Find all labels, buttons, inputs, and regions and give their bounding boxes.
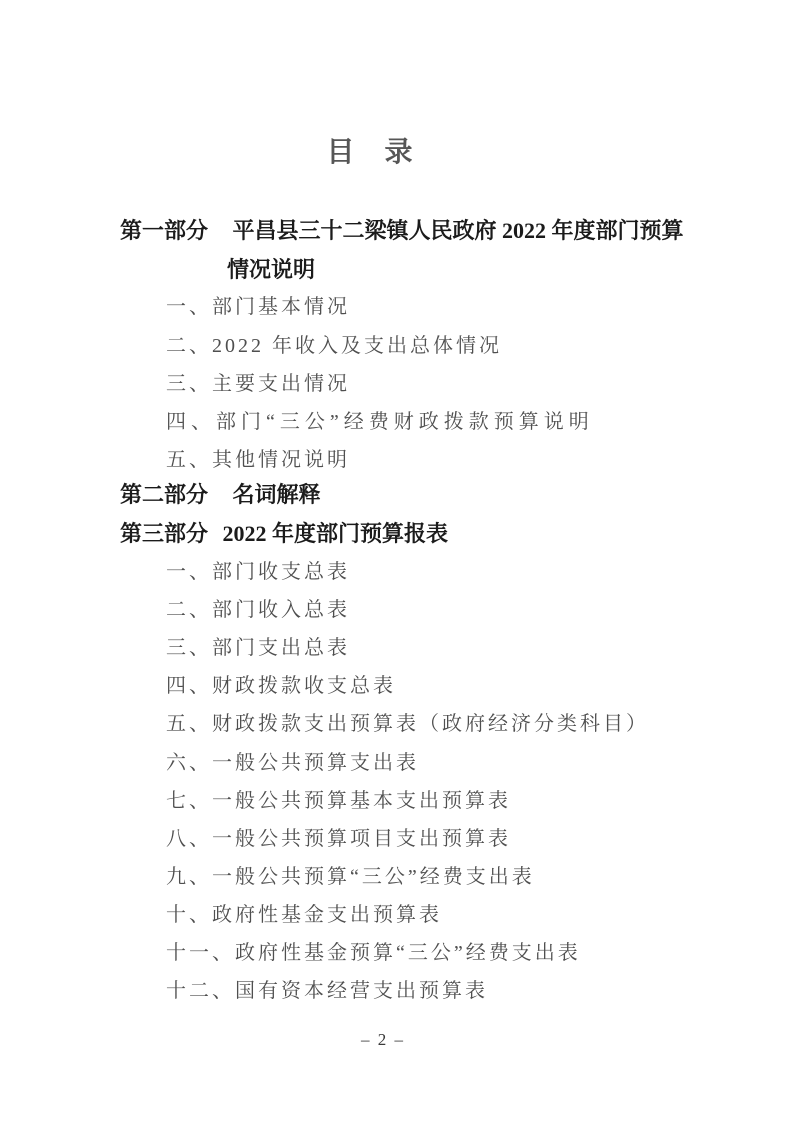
- toc-item-part3-5: 五、财政拨款支出预算表（政府经济分类科目）: [166, 714, 649, 734]
- section-2-heading: 第二部分 名词解释: [120, 484, 321, 506]
- toc-item-part3-1: 一、部门收支总表: [166, 562, 350, 582]
- toc-item-part3-8: 八、一般公共预算项目支出预算表: [166, 829, 511, 849]
- toc-item-part3-6: 六、一般公共预算支出表: [166, 753, 419, 773]
- toc-item-part1-5: 五、其他情况说明: [166, 450, 350, 470]
- section-1-heading-line-2: 情况说明: [227, 259, 315, 281]
- toc-item-part3-2: 二、部门收入总表: [166, 600, 350, 620]
- toc-item-part3-9: 九、一般公共预算“三公”经费支出表: [166, 867, 535, 887]
- section-1-label: 第一部分: [120, 220, 208, 242]
- toc-item-part1-1: 一、部门基本情况: [166, 297, 350, 317]
- section-1-heading-line-1: 第一部分 平昌县三十二梁镇人民政府 2022 年度部门预算: [120, 220, 684, 242]
- section-3-heading: 第三部分 2022 年度部门预算报表: [120, 523, 448, 545]
- toc-item-part3-7: 七、一般公共预算基本支出预算表: [166, 791, 511, 811]
- toc-item-part1-4: 四、部门“三公”经费财政拨款预算说明: [166, 412, 594, 432]
- toc-item-part1-3: 三、主要支出情况: [166, 374, 350, 394]
- section-3-label: 第三部分: [120, 523, 208, 545]
- section-2-label: 第二部分: [120, 484, 208, 506]
- toc-item-part3-4: 四、财政拨款收支总表: [166, 676, 396, 696]
- section-1-title: 平昌县三十二梁镇人民政府 2022 年度部门预算: [233, 220, 684, 242]
- document-title: 目 录: [0, 139, 740, 167]
- page-number: – 2 –: [0, 1031, 766, 1048]
- toc-item-part1-2: 二、2022 年收入及支出总体情况: [166, 336, 502, 356]
- toc-item-part3-11: 十一、政府性基金预算“三公”经费支出表: [166, 943, 581, 963]
- toc-item-part3-10: 十、政府性基金支出预算表: [166, 905, 442, 925]
- section-2-title: 名词解释: [233, 484, 321, 506]
- toc-item-part3-12: 十二、国有资本经营支出预算表: [166, 981, 488, 1001]
- document-page: 目 录 第一部分 平昌县三十二梁镇人民政府 2022 年度部门预算 情况说明 一…: [0, 0, 793, 1122]
- toc-item-part3-3: 三、部门支出总表: [166, 638, 350, 658]
- section-3-title: 2022 年度部门预算报表: [223, 523, 449, 545]
